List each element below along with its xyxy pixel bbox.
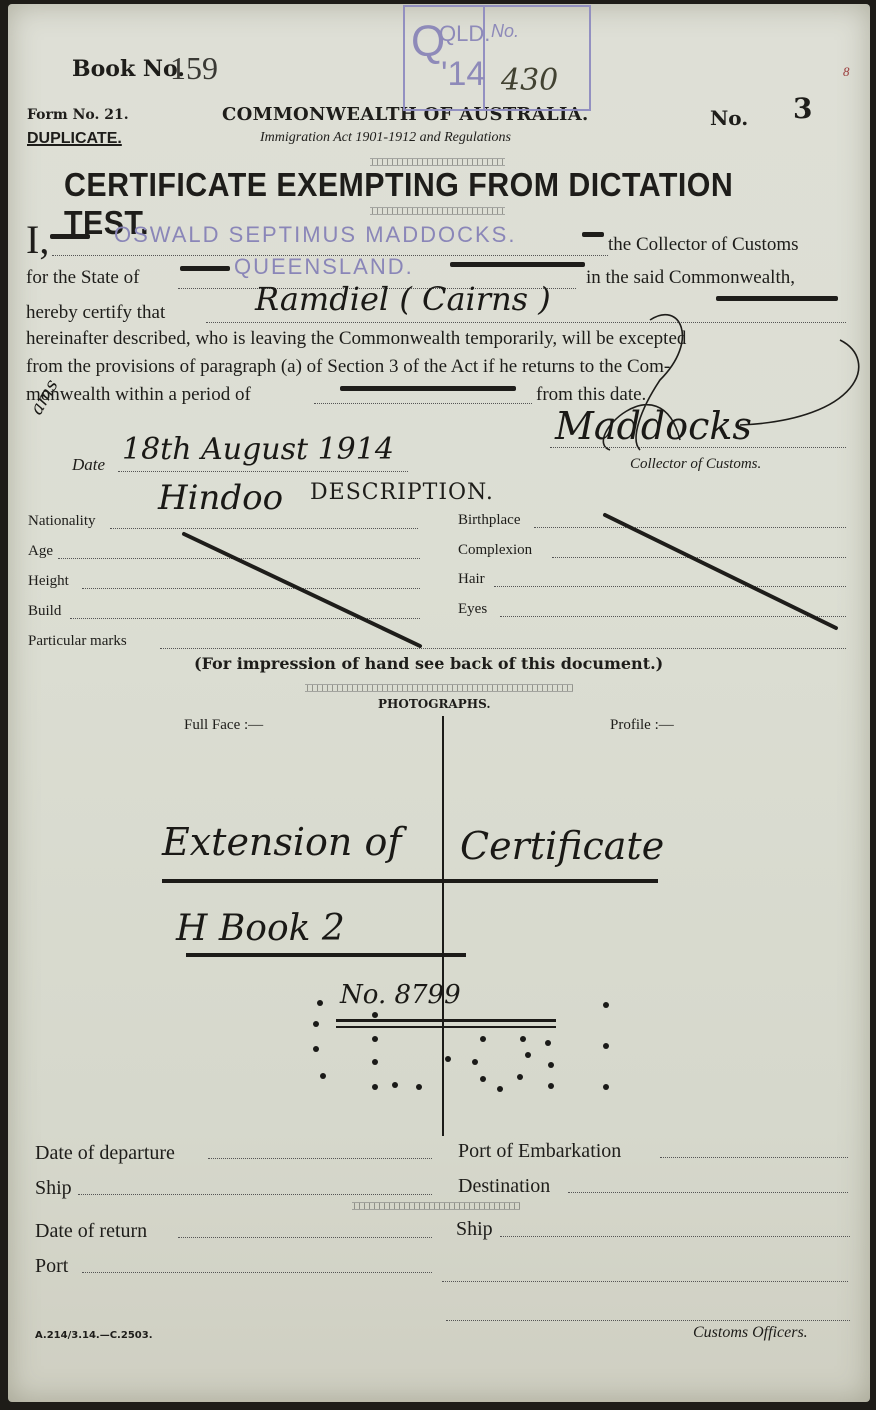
fill-bar xyxy=(340,386,516,391)
stamp-no-value: 430 xyxy=(501,63,558,98)
book-no-value: 159 xyxy=(170,50,218,87)
date-value-handwritten: 18th August 1914 xyxy=(122,432,394,467)
corner-mark: 8 xyxy=(843,64,850,80)
fill-bar xyxy=(450,262,585,267)
customs-officers-caption: Customs Officers. xyxy=(693,1324,808,1342)
ship-out-line xyxy=(78,1194,432,1195)
book-no-label: Book No. xyxy=(72,56,185,82)
certificate-no-value: 3 xyxy=(793,92,812,125)
port-of-embarkation-line xyxy=(660,1157,848,1158)
stamp-year: '14 xyxy=(441,55,485,94)
stamp-state: QLD. xyxy=(439,21,490,47)
state-suffix: in the said Commonwealth, xyxy=(586,267,795,289)
annotation-underline-3b xyxy=(336,1026,556,1028)
ship-return-line xyxy=(500,1236,850,1237)
full-face-label: Full Face :— xyxy=(184,717,263,734)
collector-signature: Maddocks xyxy=(555,404,752,448)
destination-label: Destination xyxy=(458,1175,550,1198)
period-line xyxy=(314,403,532,404)
certificate-no-label: No. xyxy=(710,106,748,130)
annotation-book: H Book 2 xyxy=(176,908,345,949)
state-prefix: for the State of xyxy=(26,267,139,289)
annotation-underline-2 xyxy=(186,953,466,957)
stamp-no-label: No. xyxy=(491,21,519,42)
title-ornament-top xyxy=(370,158,505,166)
date-label: Date xyxy=(72,455,105,475)
annotation-certificate: Certificate xyxy=(460,824,664,868)
certify-prefix: hereby certify that xyxy=(26,302,165,324)
strike-through-strokes xyxy=(0,500,876,660)
collector-name-stamp: OSWALD SEPTIMUS MADDOCKS. xyxy=(114,222,516,248)
fill-bar xyxy=(582,232,604,237)
qld-stamp: Q QLD. '14 No. 430 xyxy=(403,5,591,111)
certify-value-handwritten: Ramdiel ( Cairns ) xyxy=(255,280,551,318)
photographs-heading: PHOTOGRAPHS. xyxy=(378,697,491,711)
fill-bar xyxy=(180,266,230,271)
hand-impression-note: (For impression of hand see back of this… xyxy=(194,654,663,673)
strike-mark xyxy=(50,234,90,239)
date-of-return-line xyxy=(178,1237,432,1238)
title-ornament-bottom xyxy=(370,207,505,215)
profile-label: Profile :— xyxy=(610,717,674,734)
officer-signature-line-2 xyxy=(446,1320,850,1321)
date-line xyxy=(118,471,408,472)
note-ornament xyxy=(305,684,573,692)
collector-caption: Collector of Customs. xyxy=(630,456,761,473)
state-stamp: QUEENSLAND. xyxy=(234,254,414,280)
date-of-return-label: Date of return xyxy=(35,1220,147,1243)
annotation-underline-3a xyxy=(336,1019,556,1022)
ship-return-label: Ship xyxy=(456,1218,493,1241)
annotation-extension: Extension of xyxy=(162,820,401,864)
ship-out-label: Ship xyxy=(35,1177,72,1200)
annotation-underline-1 xyxy=(162,879,658,883)
travel-ornament xyxy=(352,1202,520,1210)
port-label: Port xyxy=(35,1255,68,1278)
destination-line xyxy=(568,1192,848,1193)
port-line xyxy=(82,1272,432,1273)
act-subtitle: Immigration Act 1901-1912 and Regulation… xyxy=(260,130,511,146)
port-of-embarkation-label: Port of Embarkation xyxy=(458,1140,621,1163)
form-no: Form No. 21. xyxy=(27,107,129,123)
collector-suffix: the Collector of Customs xyxy=(608,234,799,256)
officer-signature-line-1 xyxy=(442,1281,848,1282)
duplicate-label: DUPLICATE. xyxy=(27,130,122,148)
printer-code: A.214/3.14.—C.2503. xyxy=(35,1330,153,1341)
date-of-departure-line xyxy=(208,1158,432,1159)
date-of-departure-label: Date of departure xyxy=(35,1142,175,1165)
photo-divider xyxy=(442,716,444,1136)
i-label: I, xyxy=(26,216,49,263)
annotation-number: No. 8799 xyxy=(340,980,461,1010)
